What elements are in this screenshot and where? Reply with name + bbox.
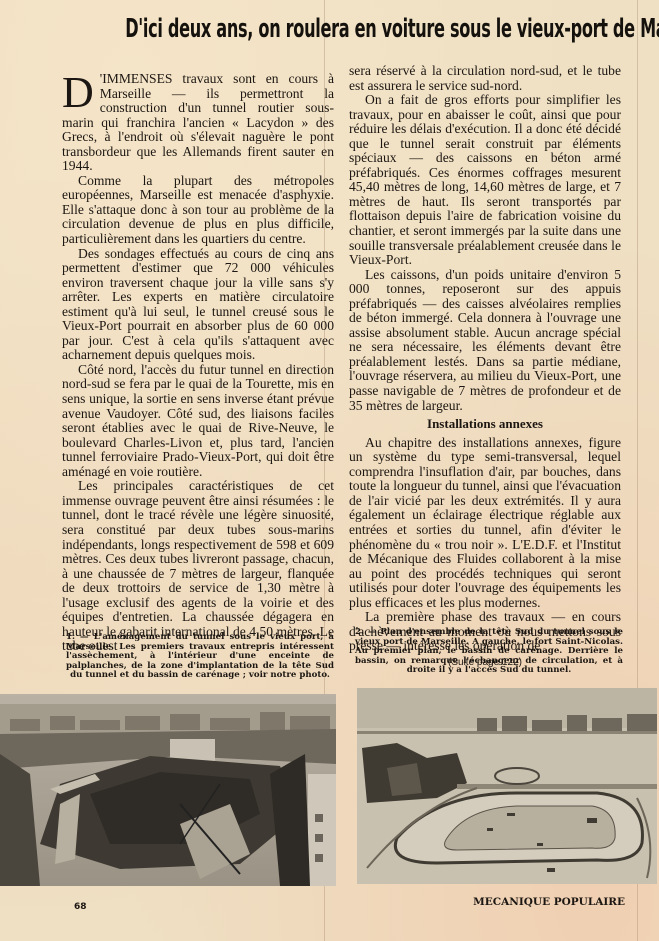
photo2-tunnel-head-plan — [357, 688, 657, 884]
page-number: 68 — [74, 902, 87, 912]
article-column-left: D'IMMENSES travaux sont en cours à Marse… — [62, 72, 334, 654]
plan-drawing-icon — [357, 688, 657, 884]
aerial-photo-icon — [0, 694, 336, 886]
paragraph: Au chapitre des installations annexes, f… — [349, 436, 621, 611]
paragraph: Comme la plupart des métropoles européen… — [62, 174, 334, 247]
paragraph: On a fait de gros efforts pour simplifie… — [349, 93, 621, 268]
paragraph: Les caissons, d'un poids unitaire d'envi… — [349, 268, 621, 413]
paragraph: Côté nord, l'accès du futur tunnel en di… — [62, 363, 334, 479]
paragraph-text: 'IMMENSES travaux sont en cours à Marsei… — [62, 71, 334, 173]
photo1-caption: 1. — L'aménagement du tunnel sous le vie… — [66, 633, 334, 681]
paragraph: Des sondages effectués au cours de cinq … — [62, 247, 334, 363]
article-column-right: sera réservé à la circulation nord-sud, … — [349, 64, 621, 670]
paragraph: D'IMMENSES travaux sont en cours à Marse… — [62, 72, 334, 174]
photo2-caption: 2. — Plan d'ensemble de la tête Sud du t… — [355, 628, 623, 676]
publication-name: MECANIQUE POPULAIRE — [473, 896, 625, 908]
drop-cap: D — [62, 76, 94, 110]
section-subheading: Installations annexes — [349, 417, 621, 432]
paragraph: Les principales caractéristiques de cet … — [62, 479, 334, 654]
headline: D'ici deux ans, on roulera en voiture so… — [125, 14, 534, 44]
paragraph: sera réservé à la circulation nord-sud, … — [349, 64, 621, 93]
photo1-construction-site — [0, 694, 336, 886]
